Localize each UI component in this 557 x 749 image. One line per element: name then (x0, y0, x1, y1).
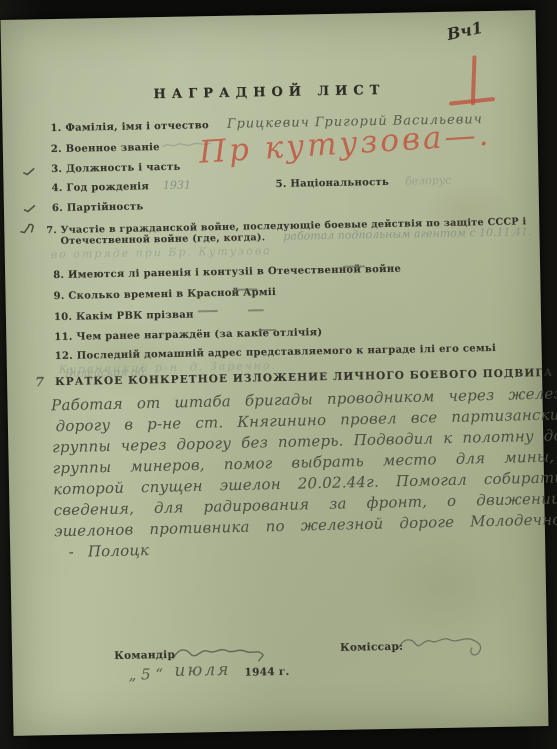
field-9: 9. Сколько времені в Красной Арміі (53, 282, 276, 304)
field-3-label: 3. Должность і часть (51, 162, 181, 175)
field-6: 6. Партійность (52, 196, 144, 216)
field-10-label: 10. Какім РВК прізван (54, 309, 194, 323)
field-1-label: 1. Фамілія, імя і отчество (50, 120, 209, 134)
field-5: 5. Національность белорус (275, 171, 451, 192)
field-4-label: 4. Год рожденія (51, 181, 149, 194)
blank-dash (343, 265, 365, 267)
field-3: 3. Должность і часть (51, 157, 181, 177)
date-day-handwritten: „ 5 “ (128, 665, 163, 684)
field-5-value: белорус (405, 174, 452, 188)
commander-label: Командір (114, 649, 175, 662)
scanner-background: Вч1 НАГРАДНОЙ ЛИСТ 1. Фамілія, імя і отч… (0, 0, 557, 749)
field-4: 4. Год рожденія 1931 (51, 176, 191, 197)
date-year-typed: 1944 г. (244, 666, 289, 679)
blank-dash (258, 329, 276, 331)
award-sheet-page: Вч1 НАГРАДНОЙ ЛИСТ 1. Фамілія, імя і отч… (0, 10, 548, 736)
field-7-value-line1: работал подпольным агентом с 10.11.41. (283, 225, 532, 243)
commissar-signature (394, 625, 487, 661)
date-month-handwritten: июля (174, 660, 230, 681)
margin-check-mark (23, 203, 36, 213)
field-7-answer-line2: во отряде при Бр. Кутузова (51, 241, 272, 263)
blank-dash (233, 288, 257, 290)
handwritten-story: Работая от штаба бригады проводником чер… (51, 385, 537, 564)
field-11-label: 11. Чем ранее награждён (за какіе отлічі… (54, 327, 322, 343)
margin-check-mark (22, 166, 35, 176)
field-4-value: 1931 (163, 179, 191, 193)
field-8: 8. Имеются лі раненія і контузіі в Отече… (53, 259, 401, 283)
corner-registration-note: Вч1 (445, 18, 484, 44)
blank-dash (198, 310, 218, 312)
blank-dash (248, 309, 264, 311)
field-7-value-line2: во отряде при Бр. Кутузова (51, 244, 272, 261)
field-10: 10. Какім РВК прізван (54, 304, 194, 325)
field-6-label: 6. Партійность (52, 201, 144, 214)
field-2-label: 2. Военное званіе (51, 142, 160, 155)
section-margin-mark: 7 (35, 375, 44, 390)
field-2: 2. Военное званіе (51, 137, 160, 157)
margin-check-mark (19, 222, 35, 234)
field-5-label: 5. Національность (275, 177, 389, 190)
